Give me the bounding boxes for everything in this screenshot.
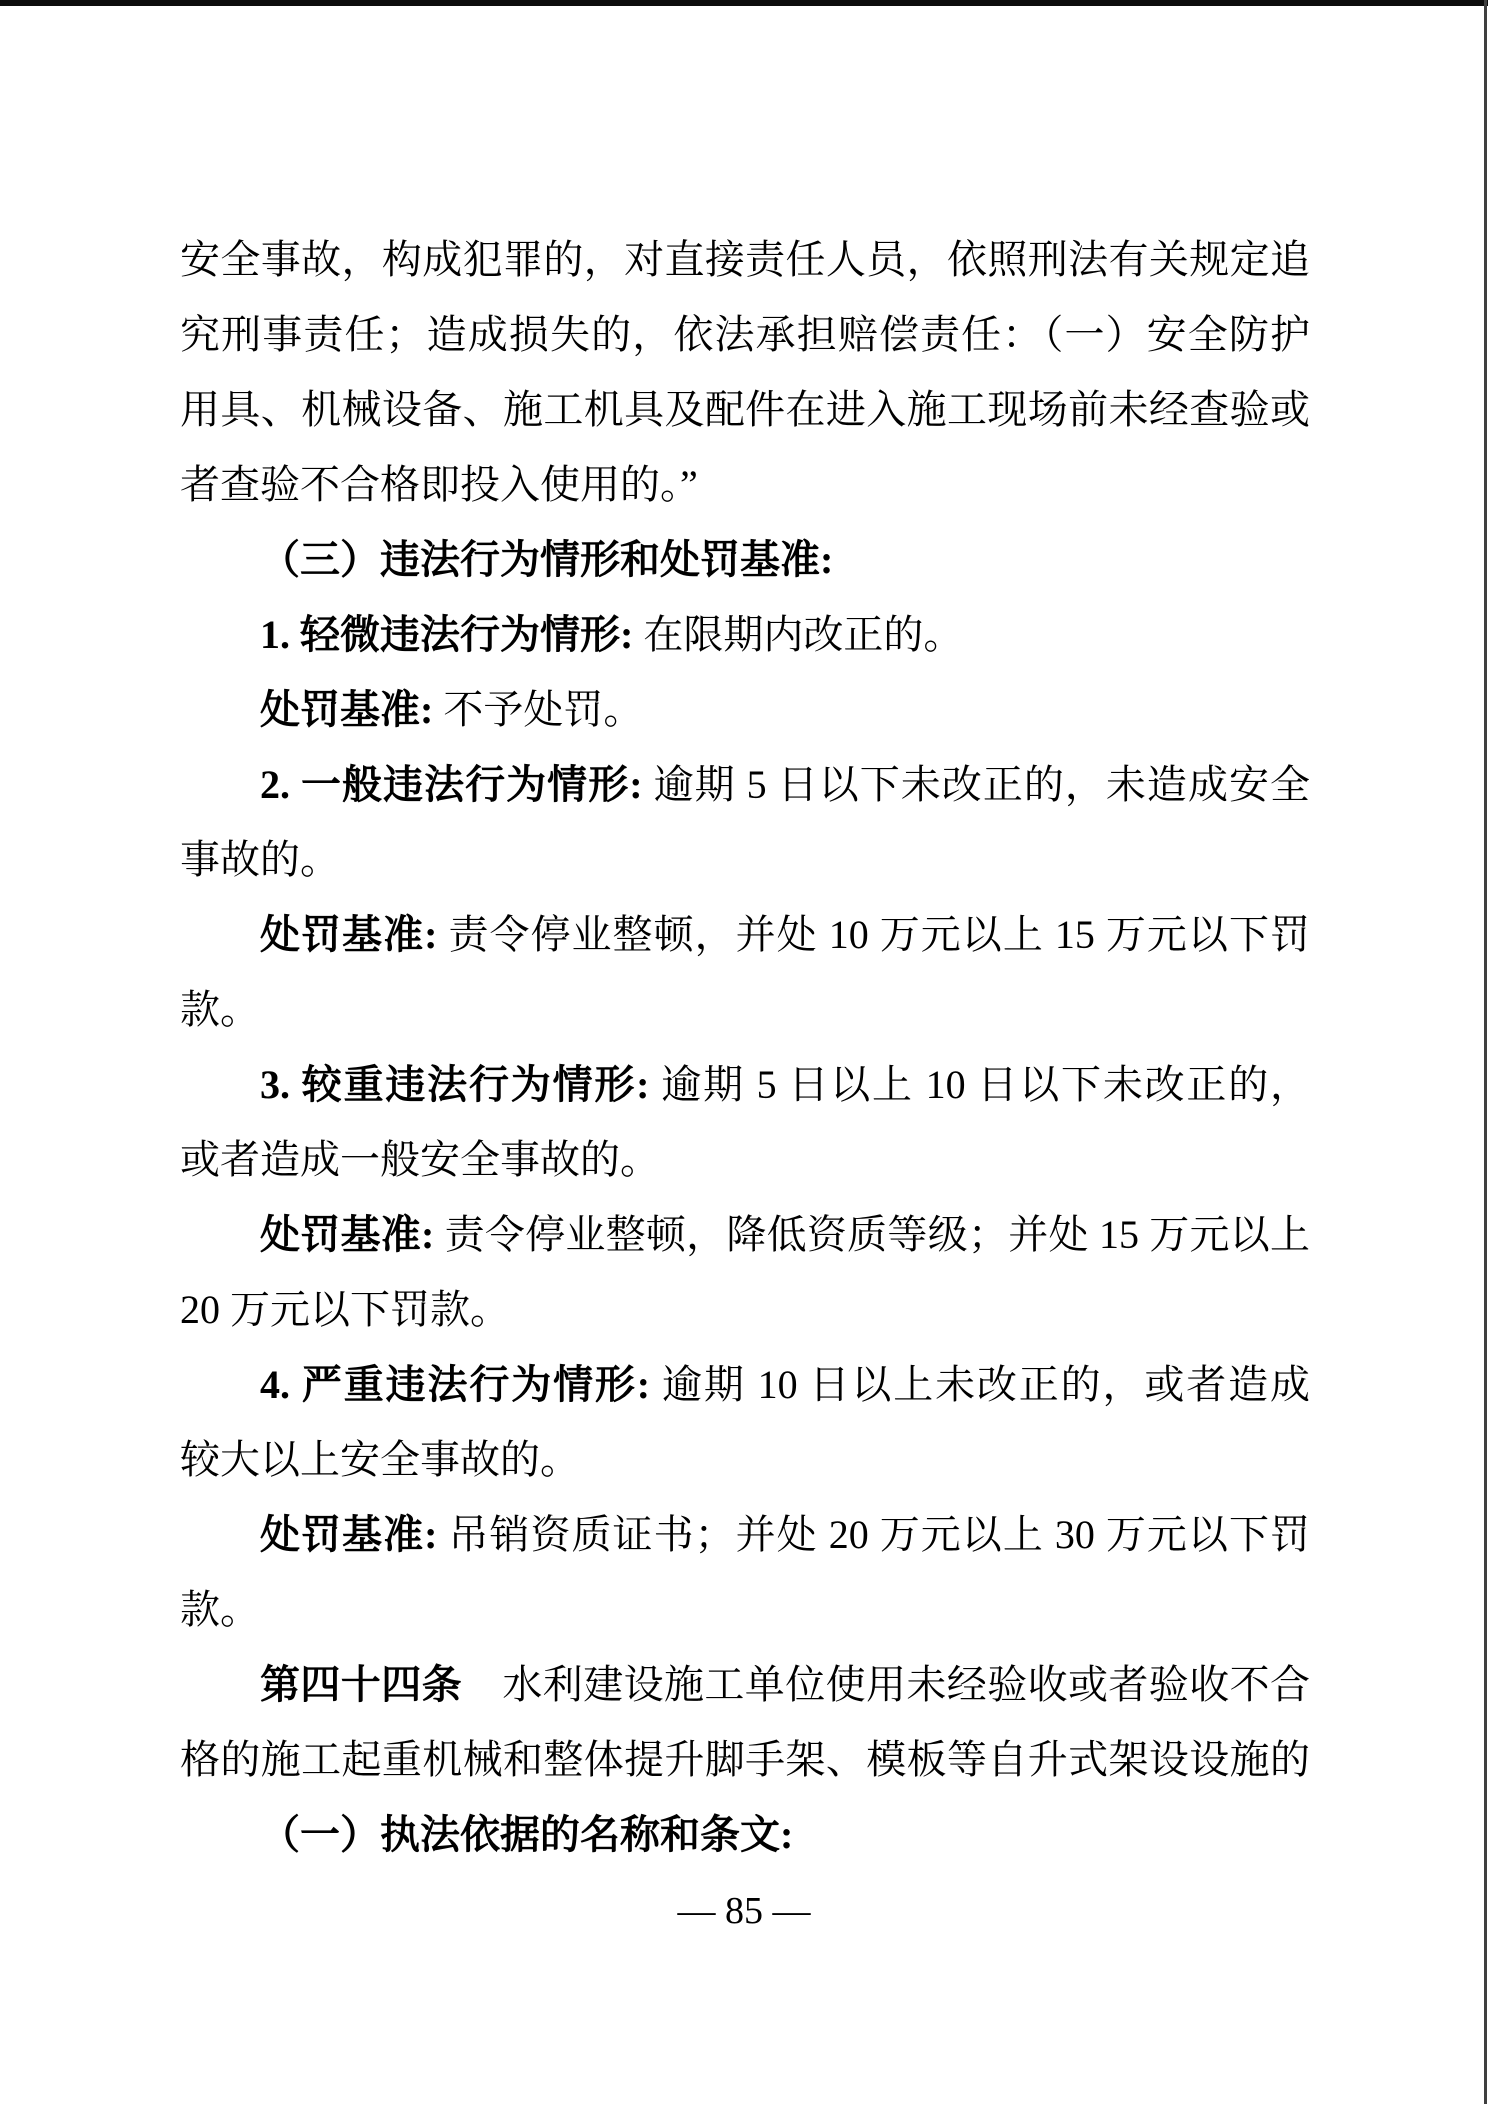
- text-line: （一）执法依据的名称和条文:: [180, 1797, 1310, 1872]
- text-segment: 在限期内改正的。: [643, 612, 963, 657]
- text-line: 2. 一般违法行为情形: 逾期 5 日以下未改正的，未造成安全: [180, 747, 1310, 822]
- text-segment: 或者造成一般安全事故的。: [180, 1137, 660, 1182]
- text-line: 第四十四条 水利建设施工单位使用未经验收或者验收不合: [180, 1647, 1310, 1722]
- text-segment: 第四十四条: [260, 1662, 462, 1707]
- text-segment: 水利建设施工单位使用未经验收或者验收不合: [462, 1662, 1310, 1707]
- text-line: 款。: [180, 1572, 1310, 1647]
- text-segment: 较大以上安全事故的。: [180, 1437, 580, 1482]
- text-segment: 吊销资质证书；并处 20 万元以上 30 万元以下罚: [448, 1512, 1310, 1557]
- text-segment: （三）违法行为情形和处罚基准:: [260, 537, 833, 582]
- text-segment: 安全事故，构成犯罪的，对直接责任人员，依照刑法有关规定追: [180, 237, 1310, 282]
- text-line: 处罚基准: 吊销资质证书；并处 20 万元以上 30 万元以下罚: [180, 1497, 1310, 1572]
- text-segment: 者查验不合格即投入使用的。”: [180, 462, 698, 507]
- page-number: — 85 —: [0, 1882, 1488, 1940]
- text-line: 用具、机械设备、施工机具及配件在进入施工现场前未经查验或: [180, 372, 1310, 447]
- text-segment: 究刑事责任；造成损失的，依法承担赔偿责任：（一）安全防护: [180, 312, 1310, 357]
- text-line: 安全事故，构成犯罪的，对直接责任人员，依照刑法有关规定追: [180, 222, 1310, 297]
- text-segment: 事故的。: [180, 837, 340, 882]
- text-segment: 责令停业整顿，降低资质等级；并处 15 万元以上: [445, 1212, 1310, 1257]
- text-line: 处罚基准: 责令停业整顿，并处 10 万元以上 15 万元以下罚: [180, 897, 1310, 972]
- text-line: 或者造成一般安全事故的。: [180, 1122, 1310, 1197]
- text-segment: 款。: [180, 1587, 260, 1632]
- text-segment: 责令停业整顿，并处 10 万元以上 15 万元以下罚: [448, 912, 1310, 957]
- text-line: 处罚基准: 责令停业整顿，降低资质等级；并处 15 万元以上: [180, 1197, 1310, 1272]
- text-segment: 1. 轻微违法行为情形:: [260, 612, 643, 657]
- text-segment: 处罚基准:: [260, 912, 448, 957]
- text-line: （三）违法行为情形和处罚基准:: [180, 522, 1310, 597]
- page-top-border: [0, 0, 1488, 6]
- text-segment: 处罚基准:: [260, 687, 443, 732]
- text-line: 1. 轻微违法行为情形: 在限期内改正的。: [180, 597, 1310, 672]
- document-body: 安全事故，构成犯罪的，对直接责任人员，依照刑法有关规定追究刑事责任；造成损失的，…: [180, 222, 1310, 1872]
- text-line: 格的施工起重机械和整体提升脚手架、模板等自升式架设设施的: [180, 1722, 1310, 1797]
- text-segment: 处罚基准:: [260, 1212, 445, 1257]
- text-line: 处罚基准: 不予处罚。: [180, 672, 1310, 747]
- text-segment: （一）执法依据的名称和条文:: [260, 1812, 793, 1857]
- text-line: 究刑事责任；造成损失的，依法承担赔偿责任：（一）安全防护: [180, 297, 1310, 372]
- page-right-border: [1484, 0, 1487, 2104]
- text-segment: 格的施工起重机械和整体提升脚手架、模板等自升式架设设施的: [180, 1737, 1310, 1782]
- text-line: 事故的。: [180, 822, 1310, 897]
- text-line: 款。: [180, 972, 1310, 1047]
- text-segment: 逾期 10 日以上未改正的，或者造成: [662, 1362, 1310, 1407]
- text-segment: 款。: [180, 987, 260, 1032]
- text-line: 者查验不合格即投入使用的。”: [180, 447, 1310, 522]
- text-segment: 3. 较重违法行为情形:: [260, 1062, 661, 1107]
- text-segment: 2. 一般违法行为情形:: [260, 762, 654, 807]
- text-segment: 用具、机械设备、施工机具及配件在进入施工现场前未经查验或: [180, 387, 1310, 432]
- text-segment: 4. 严重违法行为情形:: [260, 1362, 662, 1407]
- text-line: 4. 严重违法行为情形: 逾期 10 日以上未改正的，或者造成: [180, 1347, 1310, 1422]
- text-line: 20 万元以下罚款。: [180, 1272, 1310, 1347]
- text-line: 3. 较重违法行为情形: 逾期 5 日以上 10 日以下未改正的，: [180, 1047, 1310, 1122]
- text-segment: 处罚基准:: [260, 1512, 448, 1557]
- text-segment: 不予处罚。: [443, 687, 643, 732]
- text-segment: 逾期 5 日以上 10 日以下未改正的，: [661, 1062, 1310, 1107]
- text-segment: 逾期 5 日以下未改正的，未造成安全: [654, 762, 1310, 807]
- text-line: 较大以上安全事故的。: [180, 1422, 1310, 1497]
- text-segment: 20 万元以下罚款。: [180, 1287, 510, 1332]
